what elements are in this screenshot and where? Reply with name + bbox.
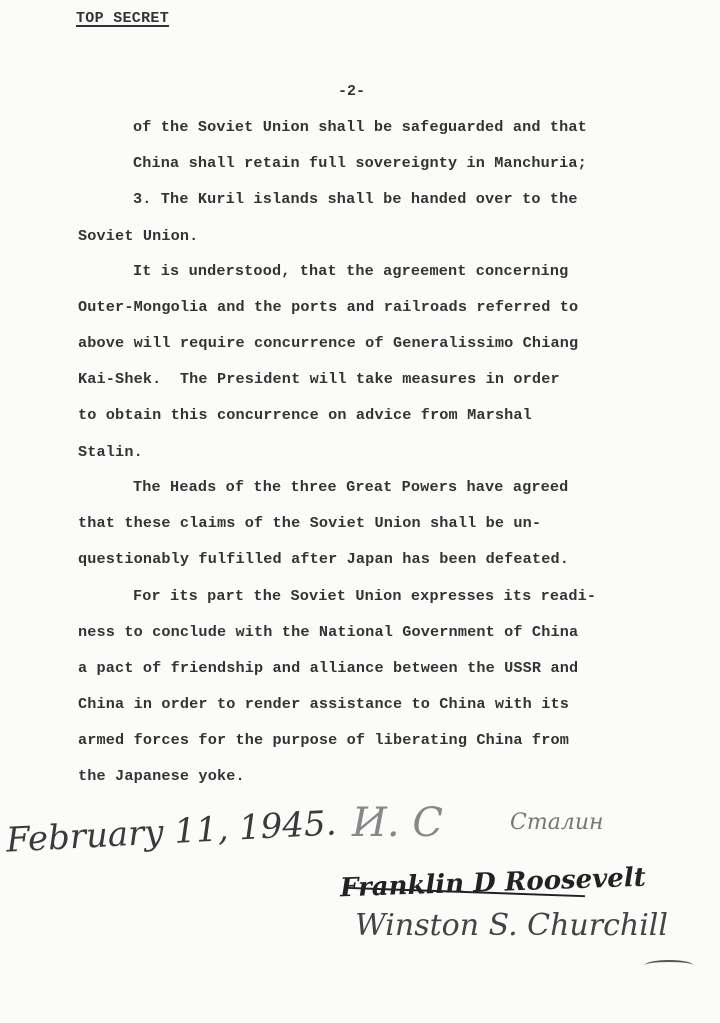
text-line: ness to conclude with the National Gover… [78, 623, 578, 641]
roosevelt-signature: Franklin D Roosevelt [340, 863, 647, 904]
text-line: Stalin. [78, 443, 143, 461]
page-number: -2- [338, 83, 365, 100]
text-line: Soviet Union. [78, 227, 198, 245]
text-line: questionably fulfilled after Japan has b… [78, 550, 569, 568]
pen-stroke-mark [645, 960, 693, 970]
stalin-signature-initials: И. С [352, 800, 443, 846]
stalin-signature-name: Сталин [510, 810, 603, 835]
text-line: 3. The Kuril islands shall be handed ove… [133, 190, 578, 208]
text-line: a pact of friendship and alliance betwee… [78, 659, 578, 677]
text-line: to obtain this concurrence on advice fro… [78, 406, 532, 424]
text-line: Outer-Mongolia and the ports and railroa… [78, 298, 578, 316]
churchill-signature: Winston S. Churchill [355, 908, 668, 943]
text-line: armed forces for the purpose of liberati… [78, 731, 569, 749]
handwritten-date: February 11, 1945. [5, 803, 337, 860]
text-line: above will require concurrence of Genera… [78, 334, 578, 352]
text-line: of the Soviet Union shall be safeguarded… [133, 118, 587, 136]
text-line: the Japanese yoke. [78, 767, 245, 785]
classification-header: TOP SECRET [76, 10, 169, 27]
text-line: China shall retain full sovereignty in M… [133, 154, 587, 172]
text-line: It is understood, that the agreement con… [133, 262, 568, 280]
text-line: For its part the Soviet Union expresses … [133, 587, 596, 605]
text-line: The Heads of the three Great Powers have… [133, 478, 568, 496]
text-line: that these claims of the Soviet Union sh… [78, 514, 541, 532]
text-line: Kai-Shek. The President will take measur… [78, 370, 560, 388]
document-page: TOP SECRET -2- of the Soviet Union shall… [0, 0, 720, 1023]
text-line: China in order to render assistance to C… [78, 695, 569, 713]
